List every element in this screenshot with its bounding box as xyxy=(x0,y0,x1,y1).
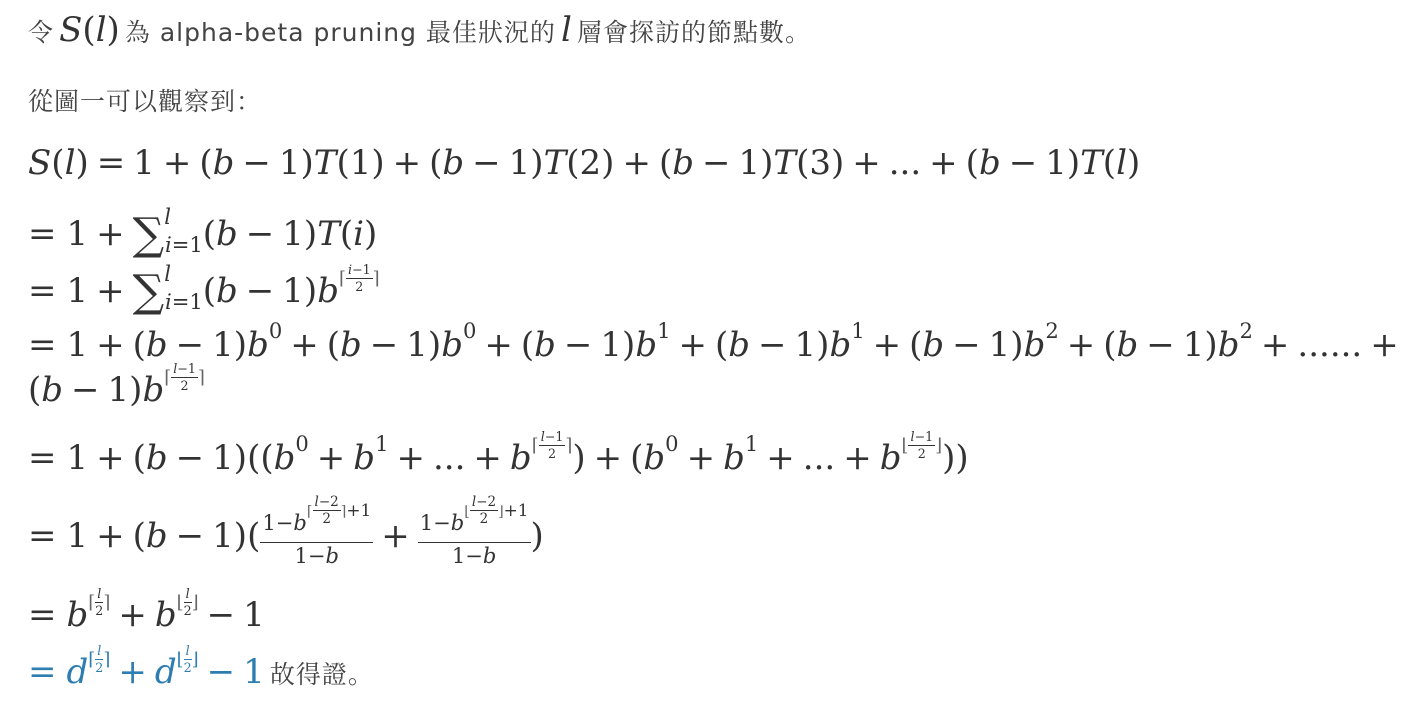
intro-middle: 為 alpha-beta pruning 最佳狀況的 xyxy=(125,18,556,47)
equation-line-2: =1+∑li=1(b−1)T(i) xyxy=(28,205,377,256)
equation-line-7: =b⌈l2⌉+b⌊l2⌋−1 xyxy=(28,595,265,635)
equation-line-6: =1+(b−1)(1−b⌈l−22⌉+11−b+1−b⌊l−22⌋+11−b) xyxy=(28,510,544,566)
conclusion-line: =d⌈l2⌉+d⌊l2⌋−1 故得證。 xyxy=(28,652,374,692)
equation-line-4: =1+(b−1)b0+(b−1)b0+(b−1)b1+(b−1)b1+(b−1)… xyxy=(28,325,1407,365)
intro-symbol: S(l) xyxy=(59,10,120,50)
intro-var: l xyxy=(561,10,572,50)
final-equation: =d⌈l2⌉+d⌊l2⌋−1 xyxy=(28,652,265,692)
equation-line-3: =1+∑li=1(b−1)b⌈i−12⌉ xyxy=(28,262,380,313)
intro-prefix: 令 xyxy=(28,18,54,47)
observe-text: 從圖一可以觀察到： xyxy=(28,82,262,118)
equation-line-5: =1+(b−1)((b0+b1+...+b⌈l−12⌉)+(b0+b1+...+… xyxy=(28,438,969,478)
equation-line-4-continued: (b−1)b⌈l−12⌉ xyxy=(28,370,205,410)
intro-suffix: 層會探訪的節點數。 xyxy=(577,18,811,47)
intro-sentence: 令 S(l) 為 alpha-beta pruning 最佳狀況的 l 層會探訪… xyxy=(28,10,811,50)
conclusion-text: 故得證。 xyxy=(270,660,374,689)
equation-line-1: S(l)=1+(b−1)T(1)+(b−1)T(2)+(b−1)T(3)+...… xyxy=(28,143,1140,183)
proof-document: 令 S(l) 為 alpha-beta pruning 最佳狀況的 l 層會探訪… xyxy=(0,0,1410,710)
